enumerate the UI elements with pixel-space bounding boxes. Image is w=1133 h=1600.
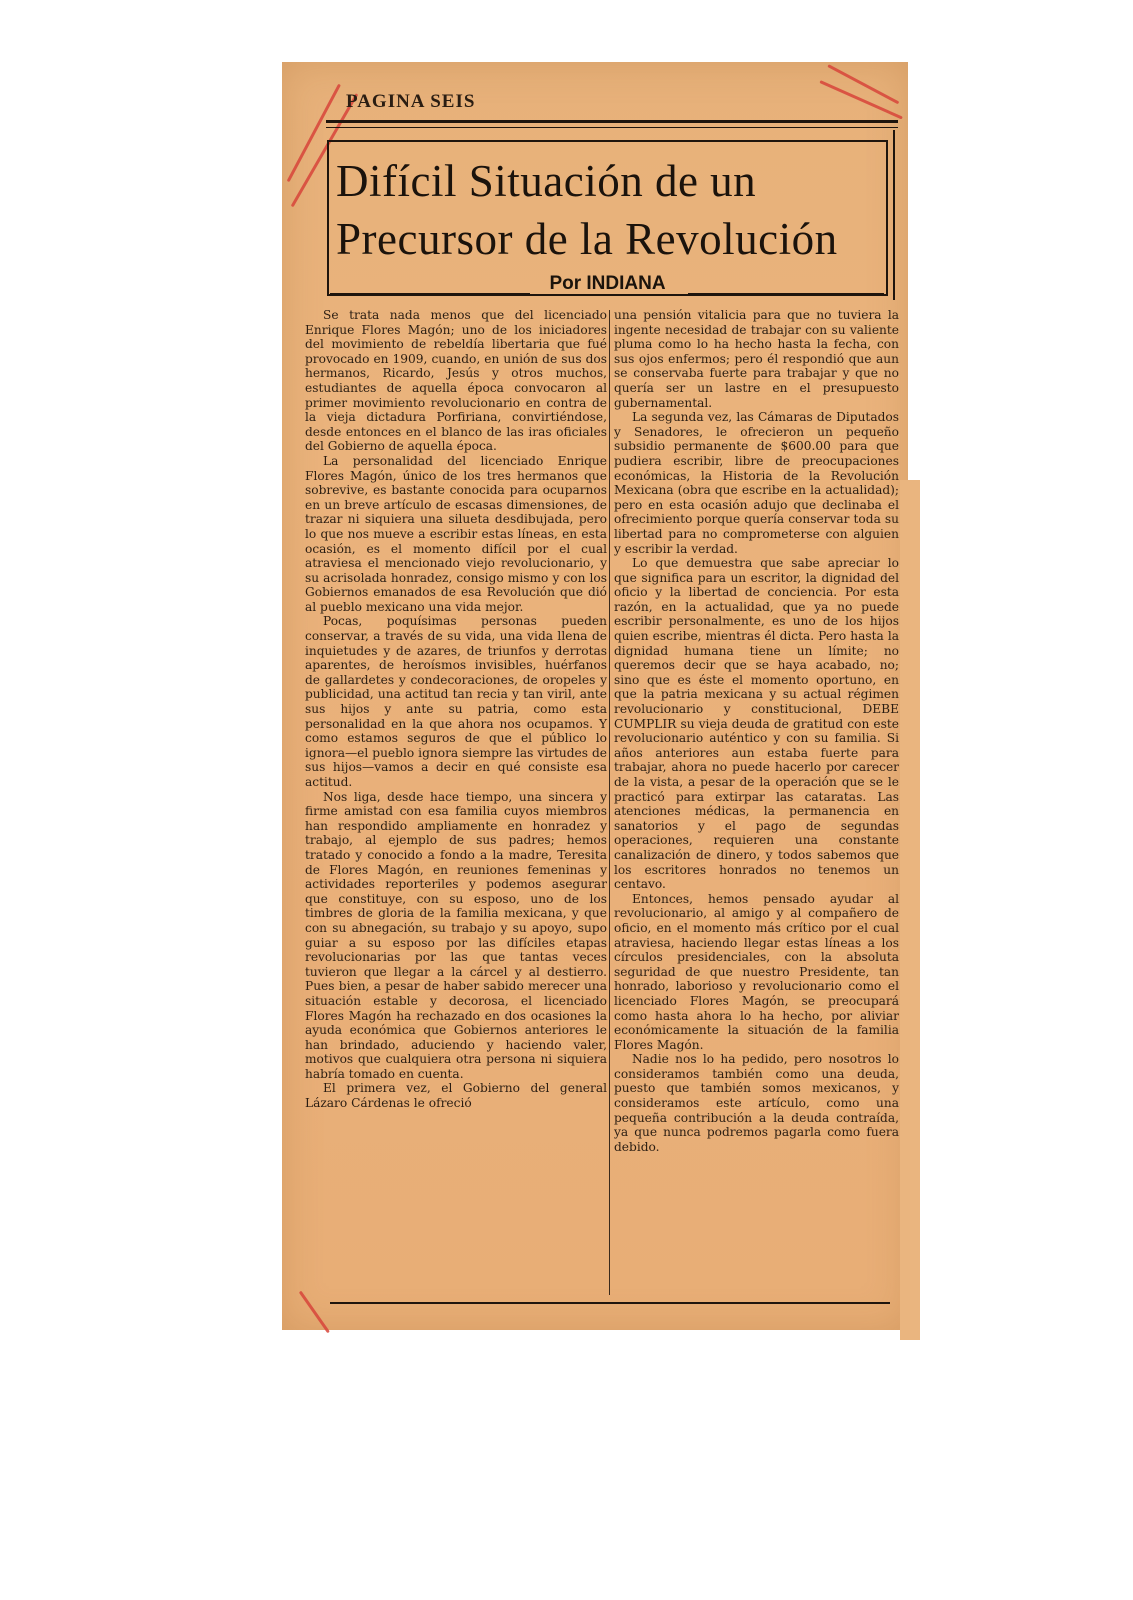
paragraph: La segunda vez, las Cámaras de Diputados… [614,410,899,556]
byline: Por INDIANA [330,273,885,295]
paragraph: una pensión vitalicia para que no tuvier… [614,308,899,410]
byline-rule-left [330,293,530,295]
byline-text: Por INDIANA [549,273,665,294]
paragraph: El primera vez, el Gobierno del general … [305,1081,607,1110]
article-column-left: Se trata nada menos que del licenciado E… [305,308,607,1111]
page-label: PAGINA SEIS [346,91,475,113]
paragraph: Pocas, poquísimas personas pueden conser… [305,614,607,789]
headline-line-2: Precursor de la Revolución [336,210,881,268]
header-rule [326,120,898,123]
box-outer-rule [893,130,895,300]
paragraph: La personalidad del licenciado Enrique F… [305,454,607,615]
footer-rule [330,1302,890,1304]
column-divider [609,310,610,1295]
paragraph: Lo que demuestra que sabe apreciar lo qu… [614,556,899,892]
header-rule [326,127,898,128]
paragraph: Se trata nada menos que del licenciado E… [305,308,607,454]
headline-line-1: Difícil Situación de un [336,152,881,210]
paragraph: Nadie nos lo ha pedido, pero nosotros lo… [614,1052,899,1154]
paragraph: Entonces, hemos pensado ayudar al revolu… [614,892,899,1053]
paragraph: Nos liga, desde hace tiempo, una sincera… [305,790,607,1082]
clipping-torn-edge [900,480,920,1340]
headline: Difícil Situación de un Precursor de la … [336,152,881,268]
byline-rule-right [688,293,884,295]
article-column-right: una pensión vitalicia para que no tuvier… [614,308,899,1154]
